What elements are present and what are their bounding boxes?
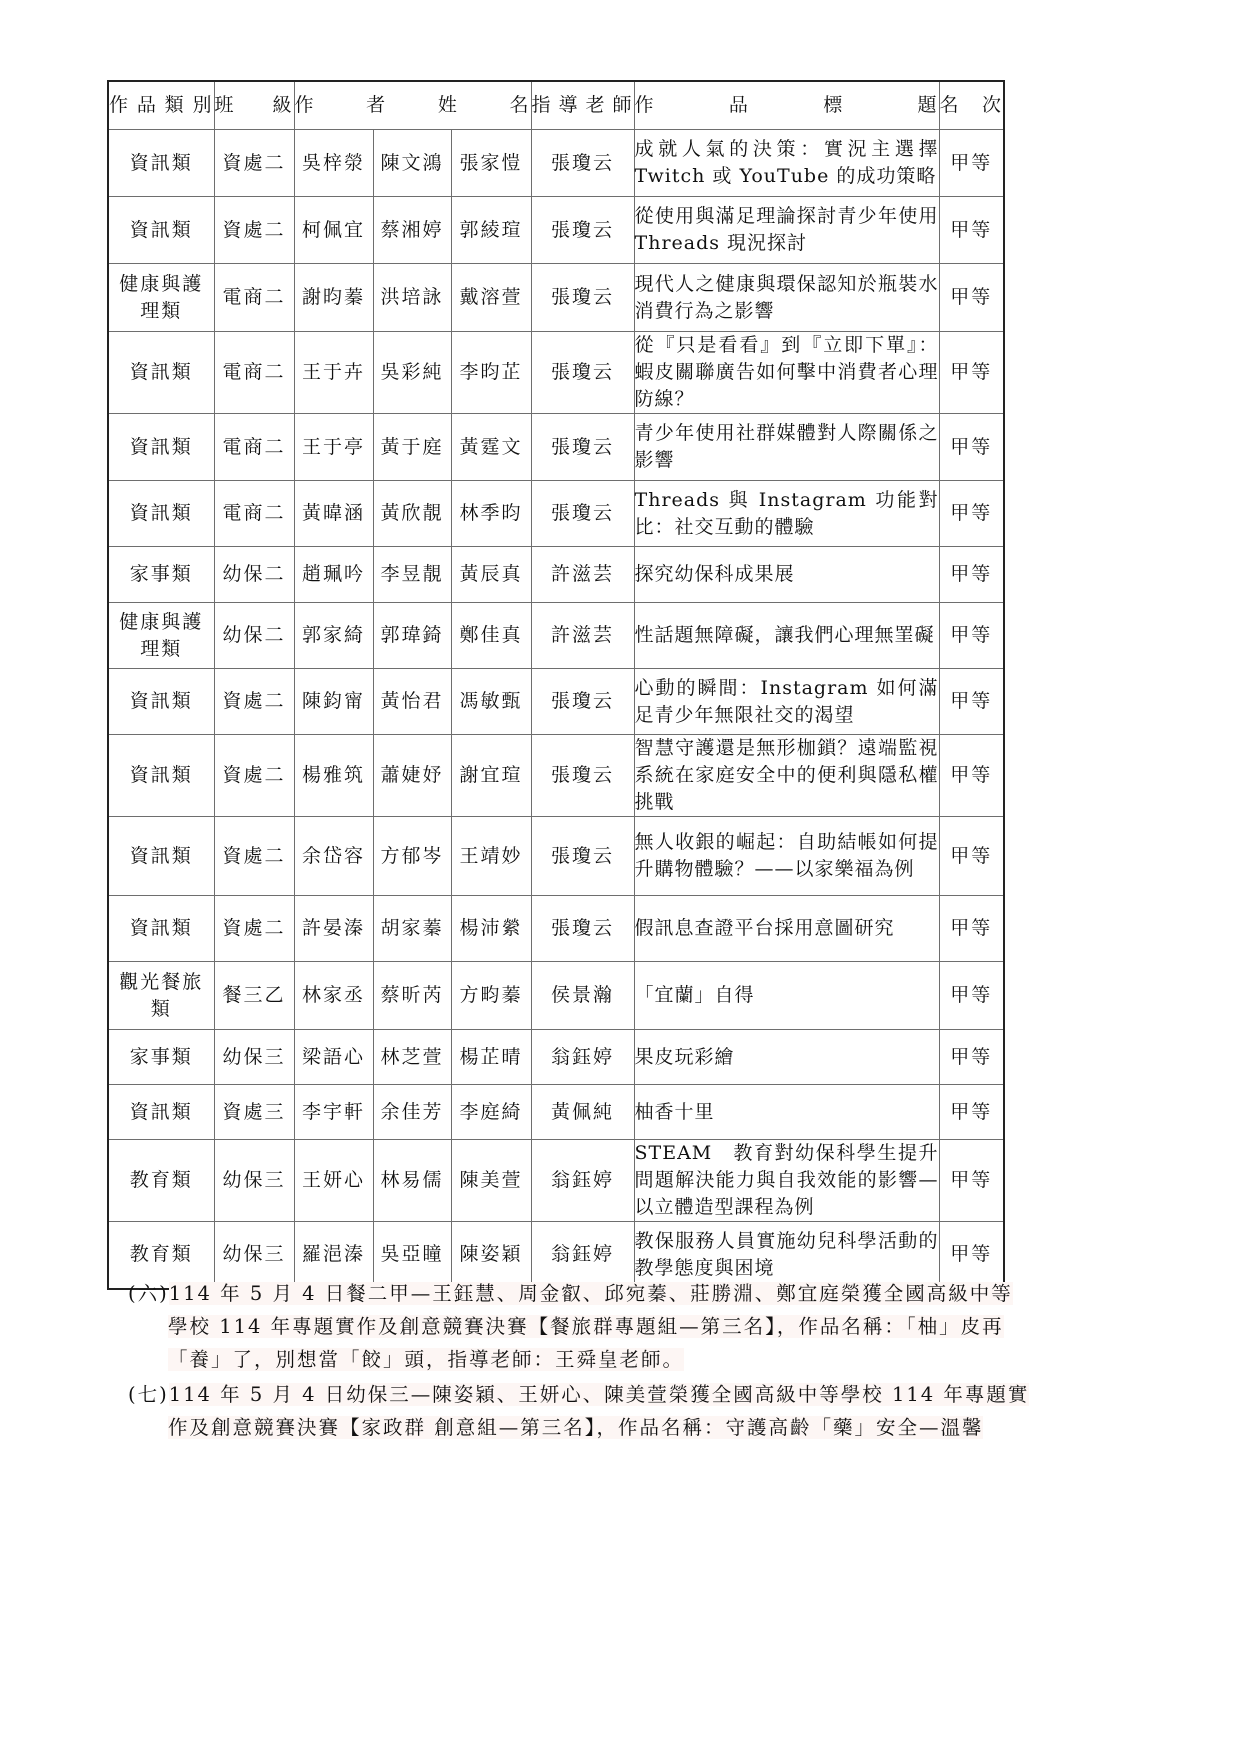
table-row: 資訊類電商二王于亭黃于庭黃霆文張瓊云青少年使用社群媒體對人際關係之影響甲等 [108, 414, 1004, 481]
author-3-cell: 李庭綺 [451, 1085, 531, 1140]
author-3-cell: 戴溶萱 [451, 264, 531, 332]
class-cell: 電商二 [214, 332, 294, 414]
author-2-cell: 林芝萱 [373, 1030, 451, 1085]
class-cell: 幼保二 [214, 603, 294, 669]
author-2-cell: 吳彩純 [373, 332, 451, 414]
table-row: 家事類幼保三梁語心林芝萱楊芷晴翁鈺婷果皮玩彩繪甲等 [108, 1030, 1004, 1085]
author-2-cell: 林易儒 [373, 1140, 451, 1222]
author-2-cell: 黃怡君 [373, 669, 451, 735]
author-3-cell: 鄭佳真 [451, 603, 531, 669]
category-cell: 資訊類 [108, 481, 214, 547]
author-2-cell: 蔡湘婷 [373, 197, 451, 264]
advisor-cell: 許滋芸 [531, 603, 634, 669]
category-cell: 資訊類 [108, 414, 214, 481]
table-header-row: 作品類別 班 級 作 者 姓 名 指導老師 作 品 標 題 名 次 [108, 81, 1004, 130]
paragraph-line: (六)114 年 5 月 4 日餐二甲—王鈺慧、周金叡、邱宛蓁、莊勝淵、鄭宜庭榮… [128, 1277, 1008, 1310]
author-3-cell: 張家愷 [451, 130, 531, 197]
rank-cell: 甲等 [939, 481, 1004, 547]
title-cell: 從使用與滿足理論探討青少年使用 Threads 現況探討 [634, 197, 939, 264]
author-3-cell: 王靖妙 [451, 817, 531, 896]
class-cell: 資處二 [214, 669, 294, 735]
rank-cell: 甲等 [939, 130, 1004, 197]
category-cell: 健康與護理類 [108, 264, 214, 332]
author-3-cell: 黃辰真 [451, 547, 531, 603]
advisor-cell: 侯景瀚 [531, 962, 634, 1030]
rank-cell: 甲等 [939, 1085, 1004, 1140]
advisor-cell: 翁鈺婷 [531, 1140, 634, 1222]
table-row: 資訊類資處二許晏溱胡家蓁楊沛縈張瓊云假訊息查證平台採用意圖研究甲等 [108, 896, 1004, 962]
table-row: 資訊類資處二陳鈞甯黃怡君馮敏甄張瓊云心動的瞬間：Instagram 如何滿足青少… [108, 669, 1004, 735]
class-cell: 資處三 [214, 1085, 294, 1140]
table-row: 教育類幼保三王妍心林易儒陳美萱翁鈺婷STEAM 教育對幼保科學生提升問題解決能力… [108, 1140, 1004, 1222]
paragraph-line: 「養」了，別想當「餃」頭，指導老師：王舜皇老師。 [128, 1343, 1008, 1376]
author-2-cell: 郭瑋錡 [373, 603, 451, 669]
paragraph-line: (七)114 年 5 月 4 日幼保三—陳姿穎、王妍心、陳美萱榮獲全國高級中等學… [128, 1378, 1008, 1411]
advisor-cell: 張瓊云 [531, 414, 634, 481]
rank-cell: 甲等 [939, 735, 1004, 817]
paragraph-text: 「養」了，別想當「餃」頭，指導老師：王舜皇老師。 [168, 1348, 684, 1371]
author-1-cell: 陳鈞甯 [294, 669, 373, 735]
author-3-cell: 楊沛縈 [451, 896, 531, 962]
class-cell: 資處二 [214, 197, 294, 264]
class-cell: 幼保二 [214, 547, 294, 603]
paragraph-line: 學校 114 年專題實作及創意競賽決賽【餐旅群專題組—第三名】，作品名稱：「柚」… [128, 1310, 1008, 1343]
document-page: 作品類別 班 級 作 者 姓 名 指導老師 作 品 標 題 名 次 資訊類資處二… [0, 0, 1241, 1755]
title-cell: 探究幼保科成果展 [634, 547, 939, 603]
table-row: 家事類幼保二趙珮吟李昱靚黃辰真許滋芸探究幼保科成果展甲等 [108, 547, 1004, 603]
title-cell: 成就人氣的決策：實況主選擇Twitch 或 YouTube 的成功策略 [634, 130, 939, 197]
author-2-cell: 黃欣靚 [373, 481, 451, 547]
table-row: 資訊類電商二黃暐涵黃欣靚林季昀張瓊云Threads 與 Instagram 功能… [108, 481, 1004, 547]
table-row: 資訊類資處三李宇軒余佳芳李庭綺黃佩純柚香十里甲等 [108, 1085, 1004, 1140]
rank-cell: 甲等 [939, 332, 1004, 414]
advisor-cell: 張瓊云 [531, 735, 634, 817]
author-1-cell: 吳梓滎 [294, 130, 373, 197]
category-cell: 教育類 [108, 1140, 214, 1222]
paragraph-text: 學校 114 年專題實作及創意競賽決賽【餐旅群專題組—第三名】，作品名稱：「柚」… [168, 1315, 1004, 1338]
category-cell: 資訊類 [108, 896, 214, 962]
title-cell: 柚香十里 [634, 1085, 939, 1140]
class-cell: 資處二 [214, 896, 294, 962]
header-authors: 作 者 姓 名 [294, 81, 531, 130]
class-cell: 餐三乙 [214, 962, 294, 1030]
table-row: 健康與護理類幼保二郭家綺郭瑋錡鄭佳真許滋芸性話題無障礙，讓我們心理無罣礙甲等 [108, 603, 1004, 669]
rank-cell: 甲等 [939, 1140, 1004, 1222]
author-1-cell: 王于亭 [294, 414, 373, 481]
rank-cell: 甲等 [939, 817, 1004, 896]
author-3-cell: 黃霆文 [451, 414, 531, 481]
table-row: 資訊類資處二柯佩宜蔡湘婷郭綾瑄張瓊云從使用與滿足理論探討青少年使用 Thread… [108, 197, 1004, 264]
author-3-cell: 謝宜瑄 [451, 735, 531, 817]
author-3-cell: 李昀芷 [451, 332, 531, 414]
advisor-cell: 張瓊云 [531, 896, 634, 962]
rank-cell: 甲等 [939, 197, 1004, 264]
paragraph-text: 114 年 5 月 4 日幼保三—陳姿穎、王妍心、陳美萱榮獲全國高級中等學校 1… [169, 1383, 1030, 1406]
author-1-cell: 柯佩宜 [294, 197, 373, 264]
author-3-cell: 楊芷晴 [451, 1030, 531, 1085]
author-2-cell: 蕭婕妤 [373, 735, 451, 817]
title-cell: Threads 與 Instagram 功能對比：社交互動的體驗 [634, 481, 939, 547]
title-cell: 果皮玩彩繪 [634, 1030, 939, 1085]
rank-cell: 甲等 [939, 1030, 1004, 1085]
author-1-cell: 郭家綺 [294, 603, 373, 669]
title-cell: 從『只是看看』到『立即下單』：蝦皮關聯廣告如何擊中消費者心理防線？ [634, 332, 939, 414]
table-row: 資訊類資處二楊雅筑蕭婕妤謝宜瑄張瓊云智慧守護還是無形枷鎖？遠端監視系統在家庭安全… [108, 735, 1004, 817]
class-cell: 幼保三 [214, 1140, 294, 1222]
category-cell: 資訊類 [108, 1085, 214, 1140]
awards-table: 作品類別 班 級 作 者 姓 名 指導老師 作 品 標 題 名 次 資訊類資處二… [107, 80, 1005, 1290]
title-cell: 無人收銀的崛起：自助結帳如何提升購物體驗？——以家樂福為例 [634, 817, 939, 896]
author-3-cell: 林季昀 [451, 481, 531, 547]
category-cell: 家事類 [108, 1030, 214, 1085]
author-2-cell: 黃于庭 [373, 414, 451, 481]
rank-cell: 甲等 [939, 962, 1004, 1030]
title-cell: 「宜蘭」自得 [634, 962, 939, 1030]
author-2-cell: 陳文鴻 [373, 130, 451, 197]
advisor-cell: 張瓊云 [531, 197, 634, 264]
rank-cell: 甲等 [939, 603, 1004, 669]
table-row: 資訊類資處二吳梓滎陳文鴻張家愷張瓊云成就人氣的決策：實況主選擇Twitch 或 … [108, 130, 1004, 197]
class-cell: 資處二 [214, 735, 294, 817]
award-paragraphs: (六)114 年 5 月 4 日餐二甲—王鈺慧、周金叡、邱宛蓁、莊勝淵、鄭宜庭榮… [128, 1277, 1008, 1446]
author-3-cell: 郭綾瑄 [451, 197, 531, 264]
author-2-cell: 洪培詠 [373, 264, 451, 332]
award-paragraph: (六)114 年 5 月 4 日餐二甲—王鈺慧、周金叡、邱宛蓁、莊勝淵、鄭宜庭榮… [128, 1277, 1008, 1376]
author-2-cell: 胡家蓁 [373, 896, 451, 962]
category-cell: 資訊類 [108, 130, 214, 197]
header-advisor: 指導老師 [531, 81, 634, 130]
author-2-cell: 蔡昕芮 [373, 962, 451, 1030]
table-row: 觀光餐旅類餐三乙林家丞蔡昕芮方畇蓁侯景瀚「宜蘭」自得甲等 [108, 962, 1004, 1030]
title-cell: 智慧守護還是無形枷鎖？遠端監視系統在家庭安全中的便利與隱私權挑戰 [634, 735, 939, 817]
author-1-cell: 梁語心 [294, 1030, 373, 1085]
class-cell: 電商二 [214, 264, 294, 332]
title-cell: 心動的瞬間：Instagram 如何滿足青少年無限社交的渴望 [634, 669, 939, 735]
author-3-cell: 陳美萱 [451, 1140, 531, 1222]
header-title: 作 品 標 題 [634, 81, 939, 130]
advisor-cell: 張瓊云 [531, 669, 634, 735]
header-class: 班 級 [214, 81, 294, 130]
title-cell: 性話題無障礙，讓我們心理無罣礙 [634, 603, 939, 669]
rank-cell: 甲等 [939, 896, 1004, 962]
author-1-cell: 許晏溱 [294, 896, 373, 962]
paragraph-text: 作及創意競賽決賽【家政群 創意組—第三名】，作品名稱：守護高齡「藥」安全—溫馨 [168, 1416, 983, 1439]
author-3-cell: 方畇蓁 [451, 962, 531, 1030]
author-1-cell: 李宇軒 [294, 1085, 373, 1140]
advisor-cell: 張瓊云 [531, 264, 634, 332]
class-cell: 幼保三 [214, 1030, 294, 1085]
author-1-cell: 王于卉 [294, 332, 373, 414]
title-cell: STEAM 教育對幼保科學生提升問題解決能力與自我效能的影響—以立體造型課程為例 [634, 1140, 939, 1222]
table-row: 資訊類資處二余岱容方郁岑王靖妙張瓊云無人收銀的崛起：自助結帳如何提升購物體驗？—… [108, 817, 1004, 896]
paragraph-text: 114 年 5 月 4 日餐二甲—王鈺慧、周金叡、邱宛蓁、莊勝淵、鄭宜庭榮獲全國… [169, 1282, 1013, 1305]
paragraph-label: (六) [128, 1282, 169, 1305]
author-1-cell: 趙珮吟 [294, 547, 373, 603]
award-paragraph: (七)114 年 5 月 4 日幼保三—陳姿穎、王妍心、陳美萱榮獲全國高級中等學… [128, 1378, 1008, 1444]
rank-cell: 甲等 [939, 547, 1004, 603]
rank-cell: 甲等 [939, 414, 1004, 481]
author-1-cell: 楊雅筑 [294, 735, 373, 817]
advisor-cell: 黃佩純 [531, 1085, 634, 1140]
category-cell: 資訊類 [108, 332, 214, 414]
advisor-cell: 張瓊云 [531, 481, 634, 547]
author-1-cell: 王妍心 [294, 1140, 373, 1222]
author-1-cell: 余岱容 [294, 817, 373, 896]
rank-cell: 甲等 [939, 669, 1004, 735]
class-cell: 資處二 [214, 817, 294, 896]
header-category: 作品類別 [108, 81, 214, 130]
advisor-cell: 張瓊云 [531, 332, 634, 414]
category-cell: 家事類 [108, 547, 214, 603]
title-cell: 現代人之健康與環保認知於瓶裝水消費行為之影響 [634, 264, 939, 332]
header-rank: 名 次 [939, 81, 1004, 130]
class-cell: 電商二 [214, 414, 294, 481]
author-2-cell: 李昱靚 [373, 547, 451, 603]
table-row: 資訊類電商二王于卉吳彩純李昀芷張瓊云從『只是看看』到『立即下單』：蝦皮關聯廣告如… [108, 332, 1004, 414]
table-body: 資訊類資處二吳梓滎陳文鴻張家愷張瓊云成就人氣的決策：實況主選擇Twitch 或 … [108, 130, 1004, 1289]
author-2-cell: 余佳芳 [373, 1085, 451, 1140]
author-1-cell: 林家丞 [294, 962, 373, 1030]
paragraph-label: (七) [128, 1383, 169, 1406]
author-1-cell: 黃暐涵 [294, 481, 373, 547]
advisor-cell: 翁鈺婷 [531, 1030, 634, 1085]
author-3-cell: 馮敏甄 [451, 669, 531, 735]
table-row: 健康與護理類電商二謝昀蓁洪培詠戴溶萱張瓊云現代人之健康與環保認知於瓶裝水消費行為… [108, 264, 1004, 332]
rank-cell: 甲等 [939, 264, 1004, 332]
class-cell: 電商二 [214, 481, 294, 547]
author-1-cell: 謝昀蓁 [294, 264, 373, 332]
category-cell: 觀光餐旅類 [108, 962, 214, 1030]
advisor-cell: 張瓊云 [531, 130, 634, 197]
category-cell: 資訊類 [108, 197, 214, 264]
class-cell: 資處二 [214, 130, 294, 197]
paragraph-line: 作及創意競賽決賽【家政群 創意組—第三名】，作品名稱：守護高齡「藥」安全—溫馨 [128, 1411, 1008, 1444]
category-cell: 資訊類 [108, 669, 214, 735]
category-cell: 資訊類 [108, 817, 214, 896]
advisor-cell: 張瓊云 [531, 817, 634, 896]
author-2-cell: 方郁岑 [373, 817, 451, 896]
advisor-cell: 許滋芸 [531, 547, 634, 603]
title-cell: 青少年使用社群媒體對人際關係之影響 [634, 414, 939, 481]
title-cell: 假訊息查證平台採用意圖研究 [634, 896, 939, 962]
category-cell: 健康與護理類 [108, 603, 214, 669]
category-cell: 資訊類 [108, 735, 214, 817]
